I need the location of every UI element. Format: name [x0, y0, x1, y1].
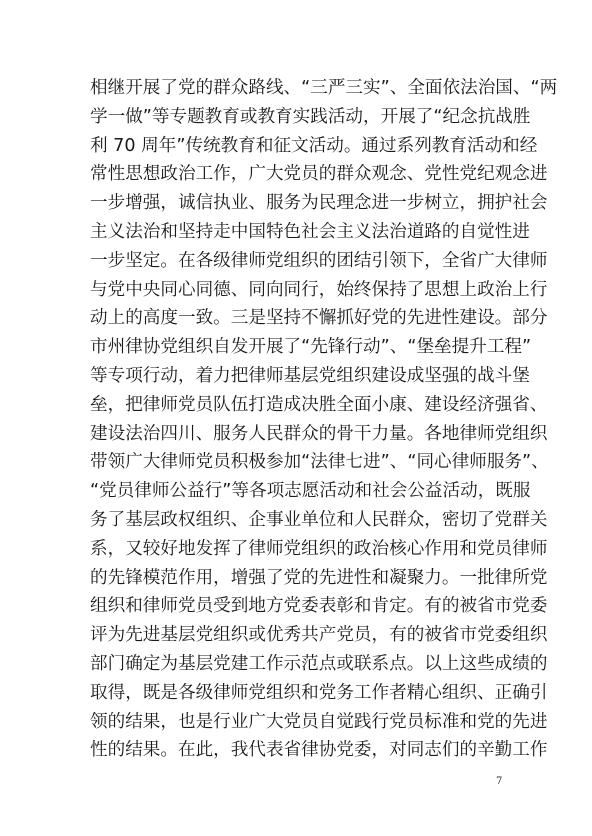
document-page: 相继开展了党的群众路线、“三严三实”、全面依法治国、“两 学一做”等专题教育或教…	[0, 0, 592, 836]
text-line: 动上的高度一致。三是坚持不懈抓好党的先进性建设。部分	[90, 304, 506, 333]
text-line: 等专项行动，着力把律师基层党组织建设成坚强的战斗堡	[90, 362, 506, 391]
text-line: 一步坚定。在各级律师党组织的团结引领下，全省广大律师	[90, 247, 506, 276]
text-line: 垒，把律师党员队伍打造成决胜全面小康、建设经济强省、	[90, 391, 506, 420]
page-number: 7	[496, 776, 502, 787]
text-line: 学一做”等专题教育或教育实践活动，开展了“纪念抗战胜	[90, 103, 506, 132]
text-line: 一步增强，诚信执业、服务为民理念进一步树立，拥护社会	[90, 189, 506, 218]
text-line: 评为先进基层党组织或优秀共产党员，有的被省市党委组织	[90, 621, 506, 650]
text-line: 建设法治四川、服务人民群众的骨干力量。各地律师党组织	[90, 420, 506, 449]
text-line: 主义法治和坚持走中国特色社会主义法治道路的自觉性进	[90, 218, 506, 247]
text-line: 带领广大律师党员积极参加“法律七进”、“同心律师服务”、	[90, 448, 506, 477]
text-line: 系，又较好地发挥了律师党组织的政治核心作用和党员律师	[90, 535, 506, 564]
text-line: 相继开展了党的群众路线、“三严三实”、全面依法治国、“两	[90, 74, 506, 103]
body-paragraph: 相继开展了党的群众路线、“三严三实”、全面依法治国、“两 学一做”等专题教育或教…	[90, 74, 506, 765]
text-line: 利 70 周年”传统教育和征文活动。通过系列教育活动和经	[90, 132, 506, 161]
text-line: 性的结果。在此，我代表省律协党委，对同志们的辛勤工作	[90, 736, 506, 765]
text-line: 取得，既是各级律师党组织和党务工作者精心组织、正确引	[90, 679, 506, 708]
text-line: “党员律师公益行”等各项志愿活动和社会公益活动，既服	[90, 477, 506, 506]
text-line: 领的结果，也是行业广大党员自觉践行党员标准和党的先进	[90, 708, 506, 737]
text-line: 务了基层政权组织、企事业单位和人民群众，密切了党群关	[90, 506, 506, 535]
text-line: 部门确定为基层党建工作示范点或联系点。以上这些成绩的	[90, 650, 506, 679]
text-line: 与党中央同心同德、同向同行，始终保持了思想上政治上行	[90, 276, 506, 305]
text-line: 的先锋模范作用，增强了党的先进性和凝聚力。一批律所党	[90, 564, 506, 593]
text-line: 组织和律师党员受到地方党委表彰和肯定。有的被省市党委	[90, 592, 506, 621]
text-line: 市州律协党组织自发开展了“先锋行动”、“堡垒提升工程”	[90, 333, 506, 362]
text-line: 常性思想政治工作，广大党员的群众观念、党性党纪观念进	[90, 160, 506, 189]
